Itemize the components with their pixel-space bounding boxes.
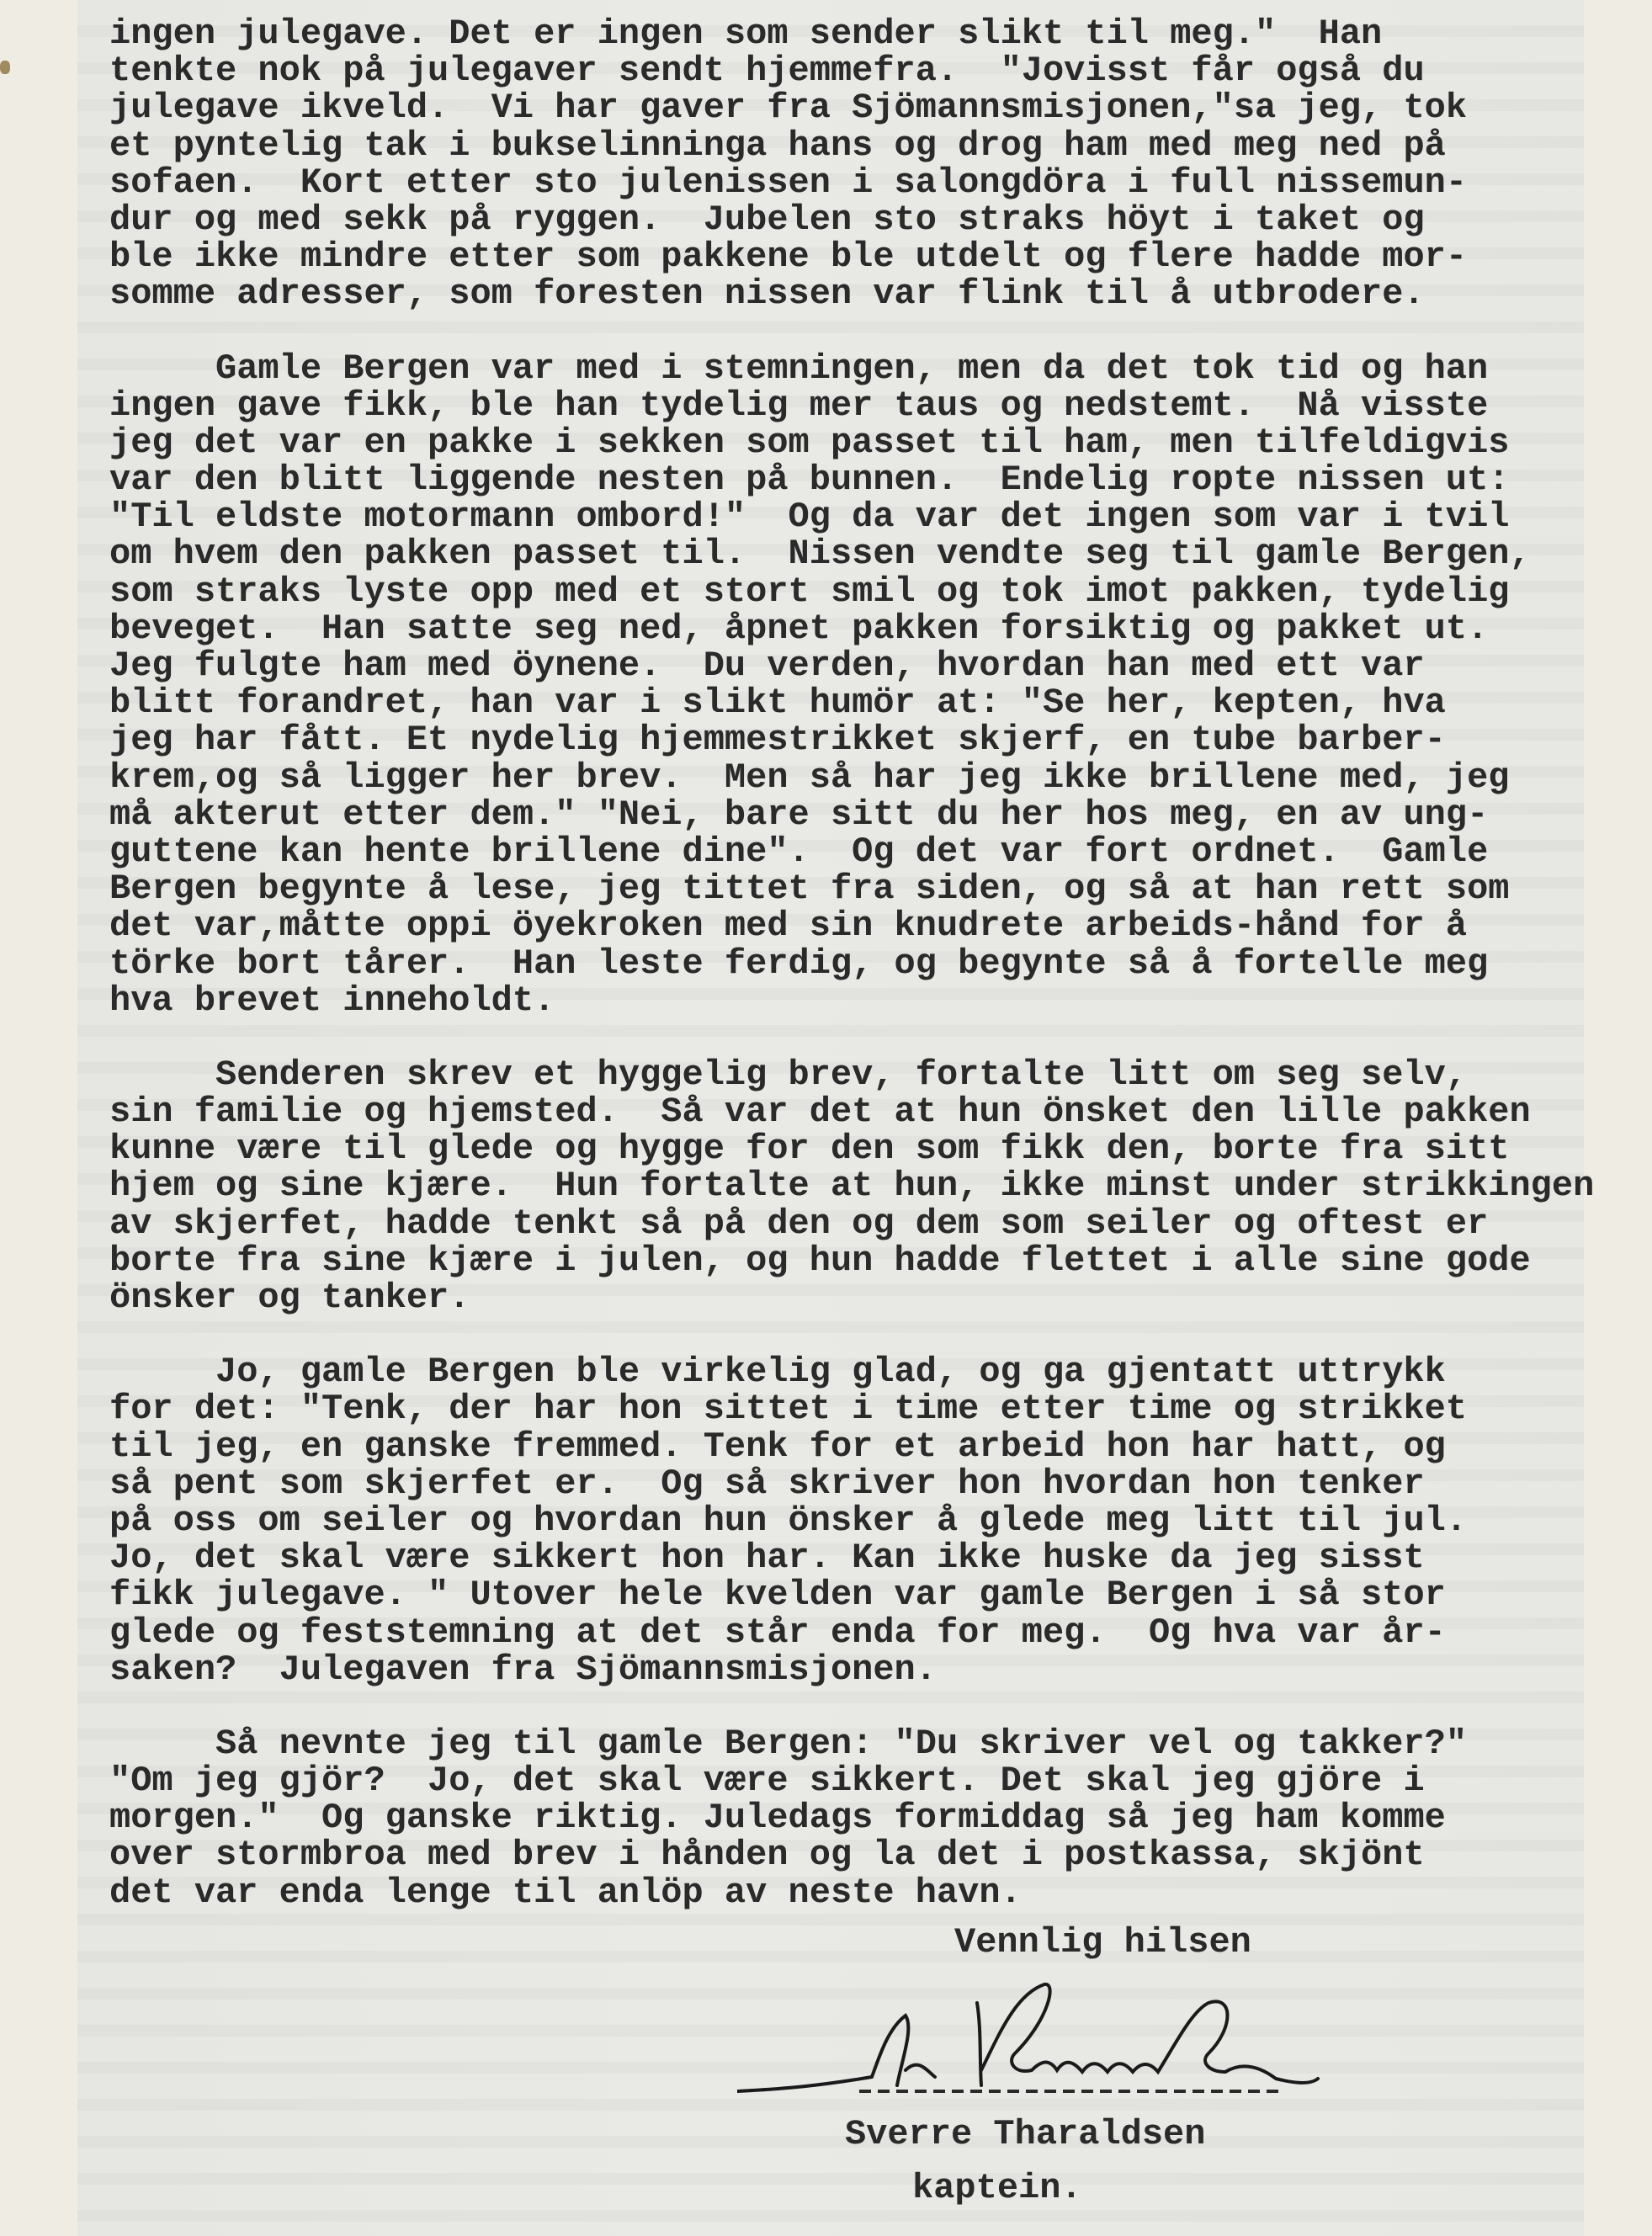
text-line: ble ikke mindre etter som pakkene ble ut… bbox=[109, 238, 1594, 275]
text-line: så pent som skjerfet er. Og så skriver h… bbox=[109, 1465, 1594, 1502]
text-line: det var,måtte oppi öyekroken med sin knu… bbox=[109, 907, 1594, 944]
paragraph: ingen julegave. Det er ingen som sender … bbox=[109, 15, 1594, 313]
letter-body: ingen julegave. Det er ingen som sender … bbox=[109, 15, 1594, 1911]
text-line: ingen gave fikk, ble han tydelig mer tau… bbox=[109, 387, 1594, 424]
text-line: "Til eldste motormann ombord!" Og da var… bbox=[109, 498, 1594, 535]
text-line: sofaen. Kort etter sto julenissen i salo… bbox=[109, 164, 1594, 201]
text-line: hva brevet inneholdt. bbox=[109, 982, 1594, 1019]
text-line: krem,og så ligger her brev. Men så har j… bbox=[109, 759, 1594, 796]
text-line: fikk julegave. " Utover hele kvelden var… bbox=[109, 1576, 1594, 1613]
text-line: jeg har fått. Et nydelig hjemmestrikket … bbox=[109, 721, 1594, 758]
text-line: jeg det var en pakke i sekken som passet… bbox=[109, 424, 1594, 461]
text-line: Senderen skrev et hyggelig brev, fortalt… bbox=[109, 1056, 1594, 1093]
text-line: borte fra sine kjære i julen, og hun had… bbox=[109, 1242, 1594, 1279]
text-line: blitt forandret, han var i slikt humör a… bbox=[109, 684, 1594, 721]
text-line: somme adresser, som foresten nissen var … bbox=[109, 275, 1594, 312]
text-line: av skjerfet, hadde tenkt så på den og de… bbox=[109, 1205, 1594, 1242]
text-line: Så nevnte jeg til gamle Bergen: "Du skri… bbox=[109, 1725, 1594, 1762]
text-line: glede og feststemning at det står enda f… bbox=[109, 1614, 1594, 1651]
text-line: Gamle Bergen var med i stemningen, men d… bbox=[109, 350, 1594, 387]
text-line: "Om jeg gjör? Jo, det skal være sikkert.… bbox=[109, 1762, 1594, 1799]
paragraph-gap bbox=[109, 313, 1594, 350]
closing-greeting: Vennlig hilsen bbox=[954, 1922, 1652, 1962]
text-line: til jeg, en ganske fremmed. Tenk for et … bbox=[109, 1428, 1594, 1465]
text-line: Jo, gamle Bergen ble virkelig glad, og g… bbox=[109, 1353, 1594, 1390]
text-line: kunne være til glede og hygge for den so… bbox=[109, 1130, 1594, 1167]
text-line: må akterut etter dem." "Nei, bare sitt d… bbox=[109, 796, 1594, 833]
paragraph-gap bbox=[109, 1316, 1594, 1353]
text-line: önsker og tanker. bbox=[109, 1279, 1594, 1316]
text-line: ingen julegave. Det er ingen som sender … bbox=[109, 15, 1594, 52]
text-line: et pyntelig tak i bukselinninga hans og … bbox=[109, 127, 1594, 164]
text-line: Jeg fulgte ham med öynene. Du verden, hv… bbox=[109, 647, 1594, 684]
handwritten-signature-icon bbox=[737, 1978, 1410, 2104]
text-line: om hvem den pakken passet til. Nissen ve… bbox=[109, 535, 1594, 572]
text-line: over stormbroa med brev i hånden og la d… bbox=[109, 1836, 1594, 1873]
text-line: på oss om seiler og hvordan hun önsker å… bbox=[109, 1502, 1594, 1539]
text-line: beveget. Han satte seg ned, åpnet pakken… bbox=[109, 610, 1594, 647]
signer-title: kaptein. bbox=[912, 2168, 1652, 2208]
signer-name: Sverre Tharaldsen bbox=[845, 2114, 1652, 2154]
paragraph: Jo, gamle Bergen ble virkelig glad, og g… bbox=[109, 1353, 1594, 1688]
text-line: Jo, det skal være sikkert hon har. Kan i… bbox=[109, 1539, 1594, 1576]
text-line: som straks lyste opp med et stort smil o… bbox=[109, 573, 1594, 610]
paragraph: Gamle Bergen var med i stemningen, men d… bbox=[109, 350, 1594, 1019]
text-line: det var enda lenge til anlöp av neste ha… bbox=[109, 1874, 1594, 1911]
text-line: Bergen begynte å lese, jeg tittet fra si… bbox=[109, 870, 1594, 907]
text-line: julegave ikveld. Vi har gaver fra Sjöman… bbox=[109, 89, 1594, 126]
paragraph: Så nevnte jeg til gamle Bergen: "Du skri… bbox=[109, 1725, 1594, 1911]
text-line: dur og med sekk på ryggen. Jubelen sto s… bbox=[109, 201, 1594, 238]
text-line: sin familie og hjemsted. Så var det at h… bbox=[109, 1093, 1594, 1130]
text-line: hjem og sine kjære. Hun fortalte at hun,… bbox=[109, 1167, 1594, 1204]
text-line: saken? Julegaven fra Sjömannsmisjonen. bbox=[109, 1651, 1594, 1688]
margin-stain bbox=[0, 61, 10, 74]
text-line: törke bort tårer. Han leste ferdig, og b… bbox=[109, 945, 1594, 982]
text-line: guttene kan hente brillene dine". Og det… bbox=[109, 833, 1594, 870]
paragraph-gap bbox=[109, 1688, 1594, 1725]
paragraph: Senderen skrev et hyggelig brev, fortalt… bbox=[109, 1056, 1594, 1316]
text-line: tenkte nok på julegaver sendt hjemmefra.… bbox=[109, 52, 1594, 89]
paragraph-gap bbox=[109, 1019, 1594, 1056]
text-line: morgen." Og ganske riktig. Juledags form… bbox=[109, 1799, 1594, 1836]
text-line: for det: "Tenk, der har hon sittet i tim… bbox=[109, 1390, 1594, 1427]
text-line: var den blitt liggende nesten på bunnen.… bbox=[109, 461, 1594, 498]
